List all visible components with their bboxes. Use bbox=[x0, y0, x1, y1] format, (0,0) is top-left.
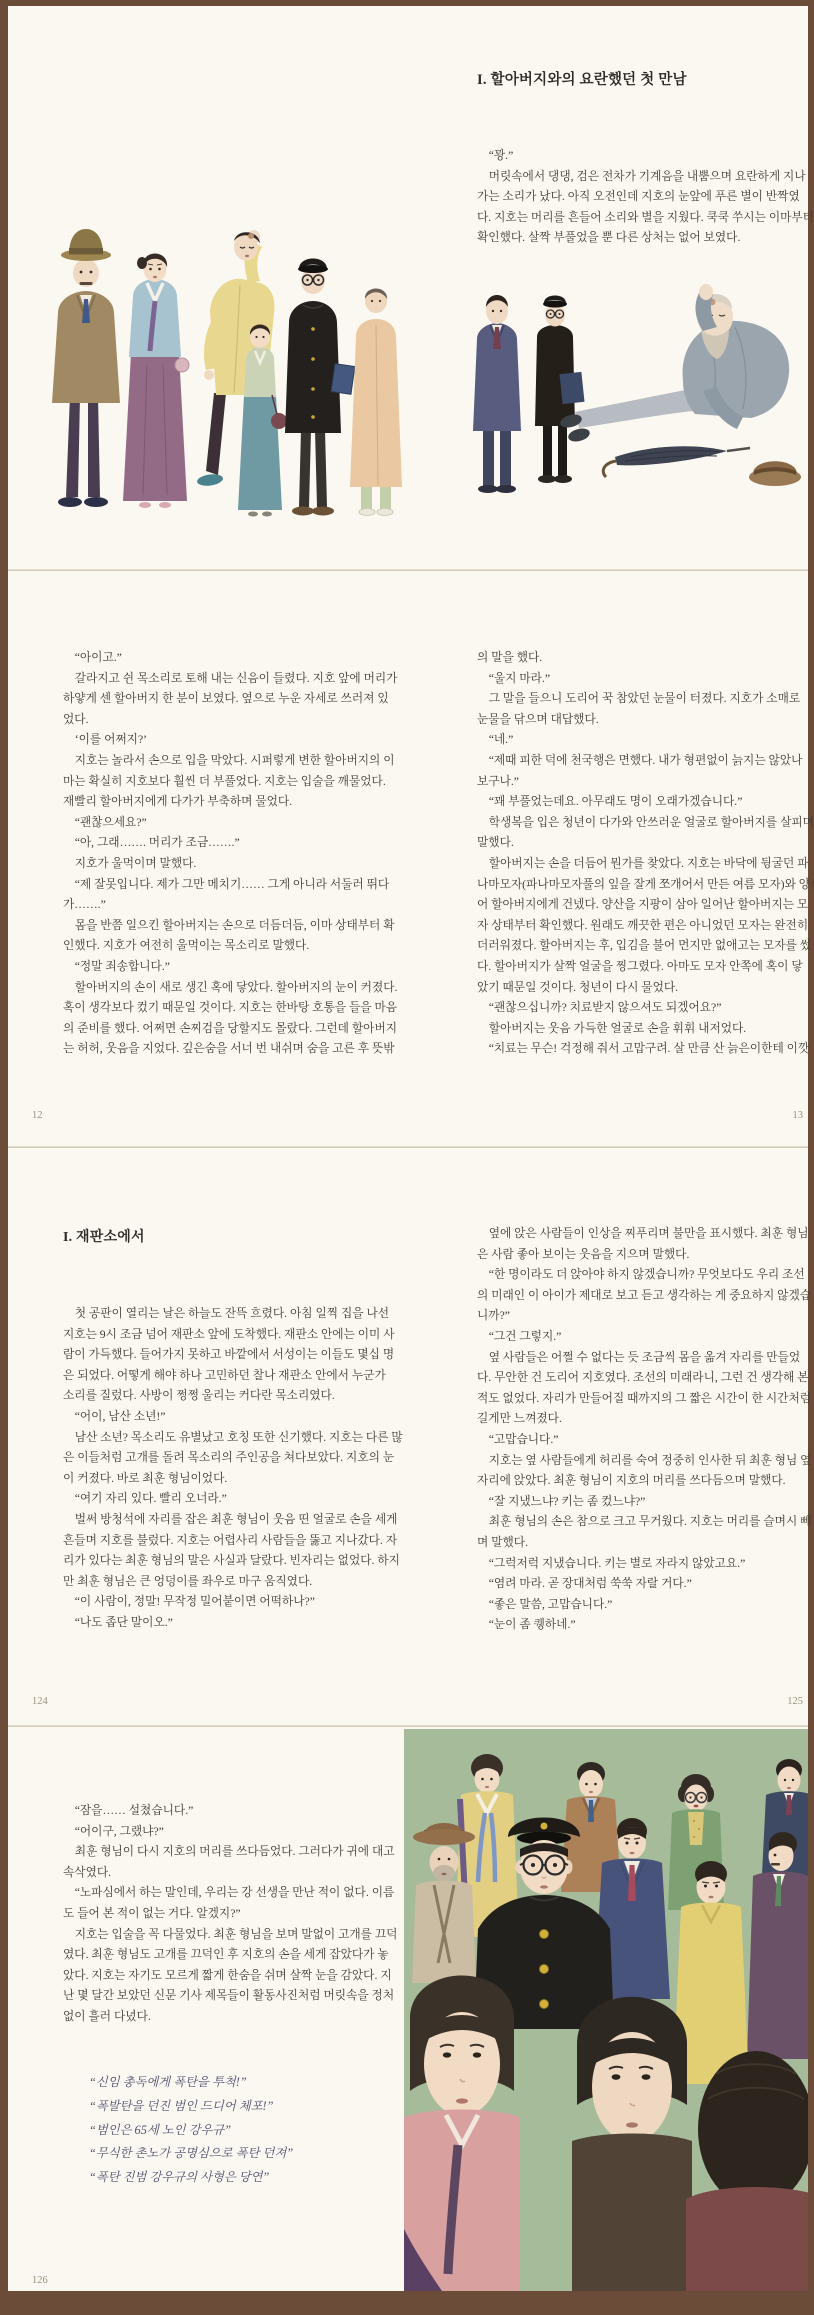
text-line: “제 잘못입니다. 제가 그만 메치기…… 그게 아니라 서둘러 뛰다 bbox=[63, 875, 393, 896]
street-group-illustration bbox=[28, 225, 403, 535]
book-photo-frame: I. 할아버지와의 요란했던 첫 만남 “꽝.” 머릿속에서 댕댕, 검은 전차… bbox=[0, 0, 814, 2315]
spread-pages-12-13: “아이고.” 갈라지고 쉰 목소리로 토해 내는 신음이 들렸다. 지호 앞에 … bbox=[8, 570, 808, 1148]
text-line: 다. 무안한 건 도리어 지호였다. 조선의 미래라니, 그런 건 생각해 본 bbox=[477, 1368, 807, 1389]
text-line: 자 상태부터 확인했다. 원래도 깨끗한 편은 아니었던 모자는 완전히 bbox=[477, 916, 807, 937]
text-line: 였다. 최훈 형님도 고개를 끄덕인 후 지호의 손을 세게 잡았다가 놓 bbox=[63, 1945, 393, 1966]
text-line: 옆 사람들은 어쩔 수 없다는 듯 조금씩 몸을 옮겨 자리를 만들었 bbox=[477, 1348, 807, 1369]
page-number: 125 bbox=[743, 1696, 803, 1707]
text-line: 확인했다. 살짝 부풀었을 뿐 다른 상처는 없어 보였다. bbox=[477, 228, 807, 249]
text-line: “노파심에서 하는 말인데, 우리는 강 선생을 만난 적이 없다. 이름 bbox=[63, 1883, 393, 1904]
figure-hanbok-woman bbox=[123, 254, 189, 509]
text-line: “그건 그렇지.” bbox=[477, 1327, 807, 1348]
text-line: 최훈 형님이 다시 지호의 머리를 쓰다듬었다. 그러다가 귀에 대고 bbox=[63, 1842, 393, 1863]
text-line: 흔들며 지호를 불렀다. 지호는 어렵사리 사람들을 뚫고 지나갔다. 자 bbox=[63, 1531, 393, 1552]
page-12-text: “아이고.” 갈라지고 쉰 목소리로 토해 내는 신음이 들렸다. 지호 앞에 … bbox=[63, 648, 393, 1060]
text-line: 는 허허, 웃음을 지었다. 깊은숨을 서너 번 내쉬며 숨을 고른 후 뜻밖 bbox=[63, 1039, 393, 1060]
text-line: “제때 피한 덕에 천국행은 면했다. 내가 형편없이 늙지는 않았나 bbox=[477, 751, 807, 772]
text-line: 할아버지는 웃음 가득한 얼굴로 손을 휘휘 내저었다. bbox=[477, 1019, 807, 1040]
text-line: 다. 할아버지가 살짝 얼굴을 찡그렸다. 아마도 모자 안쪽에 혹이 닿 bbox=[477, 957, 807, 978]
spread-pages-124-125: I. 재판소에서 첫 공판이 열리는 날은 하늘도 잔뜩 흐렸다. 아침 일찍 … bbox=[8, 1148, 808, 1727]
text-line: 람이 가득했다. 들어가지 못하고 바깥에서 서성이는 이들도 몇십 명 bbox=[63, 1345, 393, 1366]
text-line: “괜찮으세요?” bbox=[63, 813, 393, 834]
text-line: “아, 그래……. 머리가 조금…….” bbox=[63, 833, 393, 854]
text-line: “어이구, 그랬냐?” bbox=[63, 1822, 393, 1843]
text-line: 눈물을 닦으며 대답했다. bbox=[477, 710, 807, 731]
text-line: 았기 때문일 것이다. 청년이 다시 물었다. bbox=[477, 978, 807, 999]
text-line: “치료는 무슨! 걱정해 줘서 고맙구려. 살 만큼 산 늙은이한테 이깟 bbox=[477, 1039, 807, 1060]
text-line: “꽝.” bbox=[477, 146, 807, 167]
page-13-text: 의 말을 했다. “울지 마라.” 그 말을 들으니 도리어 꾹 참았던 눈물이… bbox=[477, 648, 807, 1060]
text-line: 적도 없었다. 자리가 만들어질 때까지의 그 짧은 시간이 한 시간처럼 bbox=[477, 1389, 807, 1410]
text-line: ‘이를 어쩌지?’ bbox=[63, 730, 393, 751]
headline-line: “폭탄 진범 강우규의 사형은 당연” bbox=[89, 2166, 293, 2190]
text-line: 가…….” bbox=[63, 895, 393, 916]
text-line: 할아버지의 손이 새로 생긴 혹에 닿았다. 할아버지의 눈이 커졌다. bbox=[63, 978, 393, 999]
chapter-opening-text: “꽝.” 머릿속에서 댕댕, 검은 전차가 기계음을 내뿜으며 요란하게 지나가… bbox=[477, 146, 807, 249]
text-line: 자리에 앉았다. 최훈 형님이 지호의 머리를 쓰다듬으며 말했다. bbox=[477, 1471, 807, 1492]
text-line: 니까?” bbox=[477, 1306, 807, 1327]
text-line: 은 이들처럼 고개를 돌려 목소리의 주인공을 쳐다보았다. 지호의 눈 bbox=[63, 1448, 393, 1469]
text-line: “아이고.” bbox=[63, 648, 393, 669]
text-line: “나도 좁단 말이오.” bbox=[63, 1613, 393, 1634]
text-line: 며 말했다. bbox=[477, 1533, 807, 1554]
figure-student-uniform bbox=[285, 259, 355, 516]
page-126-text: “잠을…… 설쳤습니다.” “어이구, 그랬냐?” 최훈 형님이 다시 지호의 … bbox=[63, 1801, 393, 2028]
page-number: 12 bbox=[32, 1110, 43, 1121]
text-line: 혹이 생각보다 컸기 때문일 것이다. 지호는 한바탕 호통을 들을 마음 bbox=[63, 998, 393, 1019]
text-line: 몸을 반쯤 일으킨 할아버지는 손으로 더듬더듬, 이마 상태부터 확 bbox=[63, 916, 393, 937]
text-line: “한 명이라도 더 앉아야 하지 않겠습니까? 무엇보다도 우리 조선 bbox=[477, 1265, 807, 1286]
fallen-grandfather-illustration bbox=[465, 281, 810, 503]
text-line: 았다. 지호는 자기도 모르게 짧게 한숨을 쉬며 살짝 눈을 감았다. 지 bbox=[63, 1966, 393, 1987]
text-line: 보구나.” bbox=[477, 772, 807, 793]
figure-blue-suit-man bbox=[473, 295, 521, 493]
text-line: 었다. bbox=[63, 710, 393, 731]
book-pages: I. 할아버지와의 요란했던 첫 만남 “꽝.” 머릿속에서 댕댕, 검은 전차… bbox=[8, 6, 808, 2291]
text-line: “꽤 부풀었는데요. 아무래도 명이 오래가겠습니다.” bbox=[477, 792, 807, 813]
text-line: 하얗게 센 할아버지 한 분이 보였다. 옆으로 누운 자세로 쓰러져 있 bbox=[63, 689, 393, 710]
figure-fedora-man bbox=[52, 229, 120, 507]
text-line: 첫 공판이 열리는 날은 하늘도 잔뜩 흐렸다. 아침 일찍 집을 나선 bbox=[63, 1304, 393, 1325]
text-line: “이 사람이, 정말! 무작정 밀어붙이면 어떡하나?” bbox=[63, 1592, 393, 1613]
text-line: 지호는 놀라서 손으로 입을 막았다. 시퍼렇게 변한 할아버지의 이 bbox=[63, 751, 393, 772]
text-line: 난 몇 달간 보았던 신문 기사 제목들이 활동사진처럼 머릿속을 정처 bbox=[63, 1986, 393, 2007]
text-line: “괜찮으십니까? 치료받지 않으셔도 되겠어요?” bbox=[477, 998, 807, 1019]
text-line: 지호가 울먹이며 말했다. bbox=[63, 854, 393, 875]
headline-line: “무식한 촌노가 공명심으로 폭탄 던져” bbox=[89, 2142, 293, 2166]
page-number: 13 bbox=[743, 1110, 803, 1121]
text-line: “좋은 말씀, 고맙습니다.” bbox=[477, 1595, 807, 1616]
headline-line: “폭발탄을 던진 범인 드디어 체포!” bbox=[89, 2095, 293, 2119]
text-line: “그럭저럭 지냈습니다. 키는 별로 자라지 않았고요.” bbox=[477, 1554, 807, 1575]
spread-page-126: “잠을…… 설쳤습니다.” “어이구, 그랬냐?” 최훈 형님이 다시 지호의 … bbox=[8, 1727, 808, 2291]
text-line: “여기 자리 있다. 빨리 오너라.” bbox=[63, 1489, 393, 1510]
text-line: 나마모자(파나마모자풀의 잎을 잘게 쪼개어서 만든 여름 모자)와 양산을 집 bbox=[477, 875, 807, 896]
text-line: 남산 소년? 목소리도 유별났고 호칭 또한 신기했다. 지호는 다른 많 bbox=[63, 1428, 393, 1449]
page-number: 124 bbox=[32, 1696, 48, 1707]
text-line: 더러워졌다. 할아버지는 후, 입김을 불어 먼지만 없애고는 모자를 썼 bbox=[477, 936, 807, 957]
text-line: “잘 지냈느냐? 키는 좀 컸느냐?” bbox=[477, 1492, 807, 1513]
headline-line: “범인은 65세 노인 강우규” bbox=[89, 2119, 293, 2143]
newspaper-headlines: “신임 총독에게 폭탄을 투척!”“폭발탄을 던진 범인 드디어 체포!”“범인… bbox=[89, 2071, 293, 2190]
text-line: “어이, 남산 소년!” bbox=[63, 1407, 393, 1428]
chapter-title: I. 할아버지와의 요란했던 첫 만남 bbox=[477, 68, 687, 89]
text-line: “정말 죄송합니다.” bbox=[63, 957, 393, 978]
figure-capped-boy bbox=[535, 296, 585, 484]
text-line: 재빨리 할아버지에게 다가가 부축하며 물었다. bbox=[63, 792, 393, 813]
text-line: 인했다. 지호가 여전히 울먹이는 목소리로 말했다. bbox=[63, 936, 393, 957]
text-line: 다. 지호는 머리를 흔들어 소리와 별을 지웠다. 쿡쿡 쑤시는 이마부터 bbox=[477, 208, 807, 229]
text-line: 가는 소리가 났다. 아직 오전인데 지호의 눈앞에 푸른 별이 반짝였 bbox=[477, 187, 807, 208]
panama-hat-on-ground bbox=[749, 461, 801, 486]
text-line: “잠을…… 설쳤습니다.” bbox=[63, 1801, 393, 1822]
chapter-title: I. 재판소에서 bbox=[63, 1226, 145, 1246]
text-line: 은 되었다. 어떻게 해야 하나 고민하던 찰나 재판소 안에서 누군가 bbox=[63, 1366, 393, 1387]
text-line: “염려 마라. 곧 장대처럼 쑥쑥 자랄 거다.” bbox=[477, 1574, 807, 1595]
text-line: 지호는 입술을 꼭 다물었다. 최훈 형님을 보며 말없이 고개를 끄덕 bbox=[63, 1925, 393, 1946]
spread-chapter-opening: I. 할아버지와의 요란했던 첫 만남 “꽝.” 머릿속에서 댕댕, 검은 전차… bbox=[8, 6, 808, 570]
text-line: 의 미래인 이 아이가 제대로 보고 듣고 생각하는 게 중요하지 않겠습 bbox=[477, 1286, 807, 1307]
text-line: 소리를 질렀다. 사방이 쩡쩡 울리는 커다란 목소리였다. bbox=[63, 1386, 393, 1407]
text-line: 지호는 9시 조금 넘어 재판소 앞에 도착했다. 재판소 안에는 이미 사 bbox=[63, 1325, 393, 1346]
text-line: 머릿속에서 댕댕, 검은 전차가 기계음을 내뿜으며 요란하게 지나 bbox=[477, 167, 807, 188]
courtroom-crowd-illustration bbox=[404, 1729, 808, 2291]
page-number: 126 bbox=[32, 2275, 48, 2286]
text-line: “네.” bbox=[477, 730, 807, 751]
page-125-text: 옆에 앉은 사람들이 인상을 찌푸리며 불만을 표시했다. 최훈 형님은 사람 … bbox=[477, 1224, 807, 1636]
parasol-on-ground bbox=[603, 446, 750, 477]
text-line: 벌써 방청석에 자리를 잡은 최훈 형님이 웃음 띤 얼굴로 손을 세게 bbox=[63, 1510, 393, 1531]
text-line: 없이 흘러 다녔다. bbox=[63, 2007, 393, 2028]
text-line: 그 말을 들으니 도리어 꾹 참았던 눈물이 터졌다. 지호가 소매로 bbox=[477, 689, 807, 710]
text-line: 할아버지는 손을 더듬어 뭔가를 찾았다. 지호는 바닥에 뒹굴던 파 bbox=[477, 854, 807, 875]
text-line: 길게만 느껴졌다. bbox=[477, 1409, 807, 1430]
text-line: 속삭였다. bbox=[63, 1863, 393, 1884]
text-line: 옆에 앉은 사람들이 인상을 찌푸리며 불만을 표시했다. 최훈 형님 bbox=[477, 1224, 807, 1245]
text-line: 지호는 옆 사람들에게 허리를 숙여 정중히 인사한 뒤 최훈 형님 옆 bbox=[477, 1451, 807, 1472]
text-line: 갈라지고 쉰 목소리로 토해 내는 신음이 들렸다. 지호 앞에 머리가 bbox=[63, 669, 393, 690]
text-line: “고맙습니다.” bbox=[477, 1430, 807, 1451]
text-line: 은 사람 좋아 보이는 웃음을 지으며 말했다. bbox=[477, 1245, 807, 1266]
figure-fallen-grandfather bbox=[559, 284, 789, 444]
text-line: 의 준비를 했다. 어쩌면 손찌검을 당할지도 몰랐다. 그런데 할아버지 bbox=[63, 1019, 393, 1040]
text-line: 최훈 형님의 손은 참으로 크고 무거웠다. 지호는 머리를 슬며시 빼 bbox=[477, 1512, 807, 1533]
figure-peach-robe-elder bbox=[350, 289, 402, 516]
text-line: 도 들어 본 적이 없는 거다. 알겠지?” bbox=[63, 1904, 393, 1925]
text-line: “울지 마라.” bbox=[477, 669, 807, 690]
text-line: 만 최훈 형님은 큰 엉덩이를 좌우로 마구 움직였다. bbox=[63, 1572, 393, 1593]
figure-front-center-man bbox=[572, 1997, 692, 2291]
text-line: 학생복을 입은 청년이 다가와 안쓰러운 얼굴로 할아버지를 살피며 bbox=[477, 813, 807, 834]
figure-front-pink-hanbok-woman bbox=[404, 1976, 520, 2292]
page-124-text: 첫 공판이 열리는 날은 하늘도 잔뜩 흐렸다. 아침 일찍 집을 나선지호는 … bbox=[63, 1304, 393, 1634]
text-line: 의 말을 했다. bbox=[477, 648, 807, 669]
text-line: 말했다. bbox=[477, 833, 807, 854]
text-line: 리가 있다는 최훈 형님의 말은 사실과 달랐다. 빈자리는 없었다. 하지 bbox=[63, 1551, 393, 1572]
text-line: 이 커졌다. 바로 최훈 형님이었다. bbox=[63, 1469, 393, 1490]
text-line: 어 할아버지에게 건넸다. 양산을 지팡이 삼아 일어난 할아버지는 모 bbox=[477, 895, 807, 916]
headline-line: “신임 총독에게 폭탄을 투척!” bbox=[89, 2071, 293, 2095]
text-line: “눈이 좀 퀭하네.” bbox=[477, 1615, 807, 1636]
text-line: 마는 확실히 지호보다 훨씬 더 부풀었다. 지호는 입술을 깨물었다. bbox=[63, 772, 393, 793]
